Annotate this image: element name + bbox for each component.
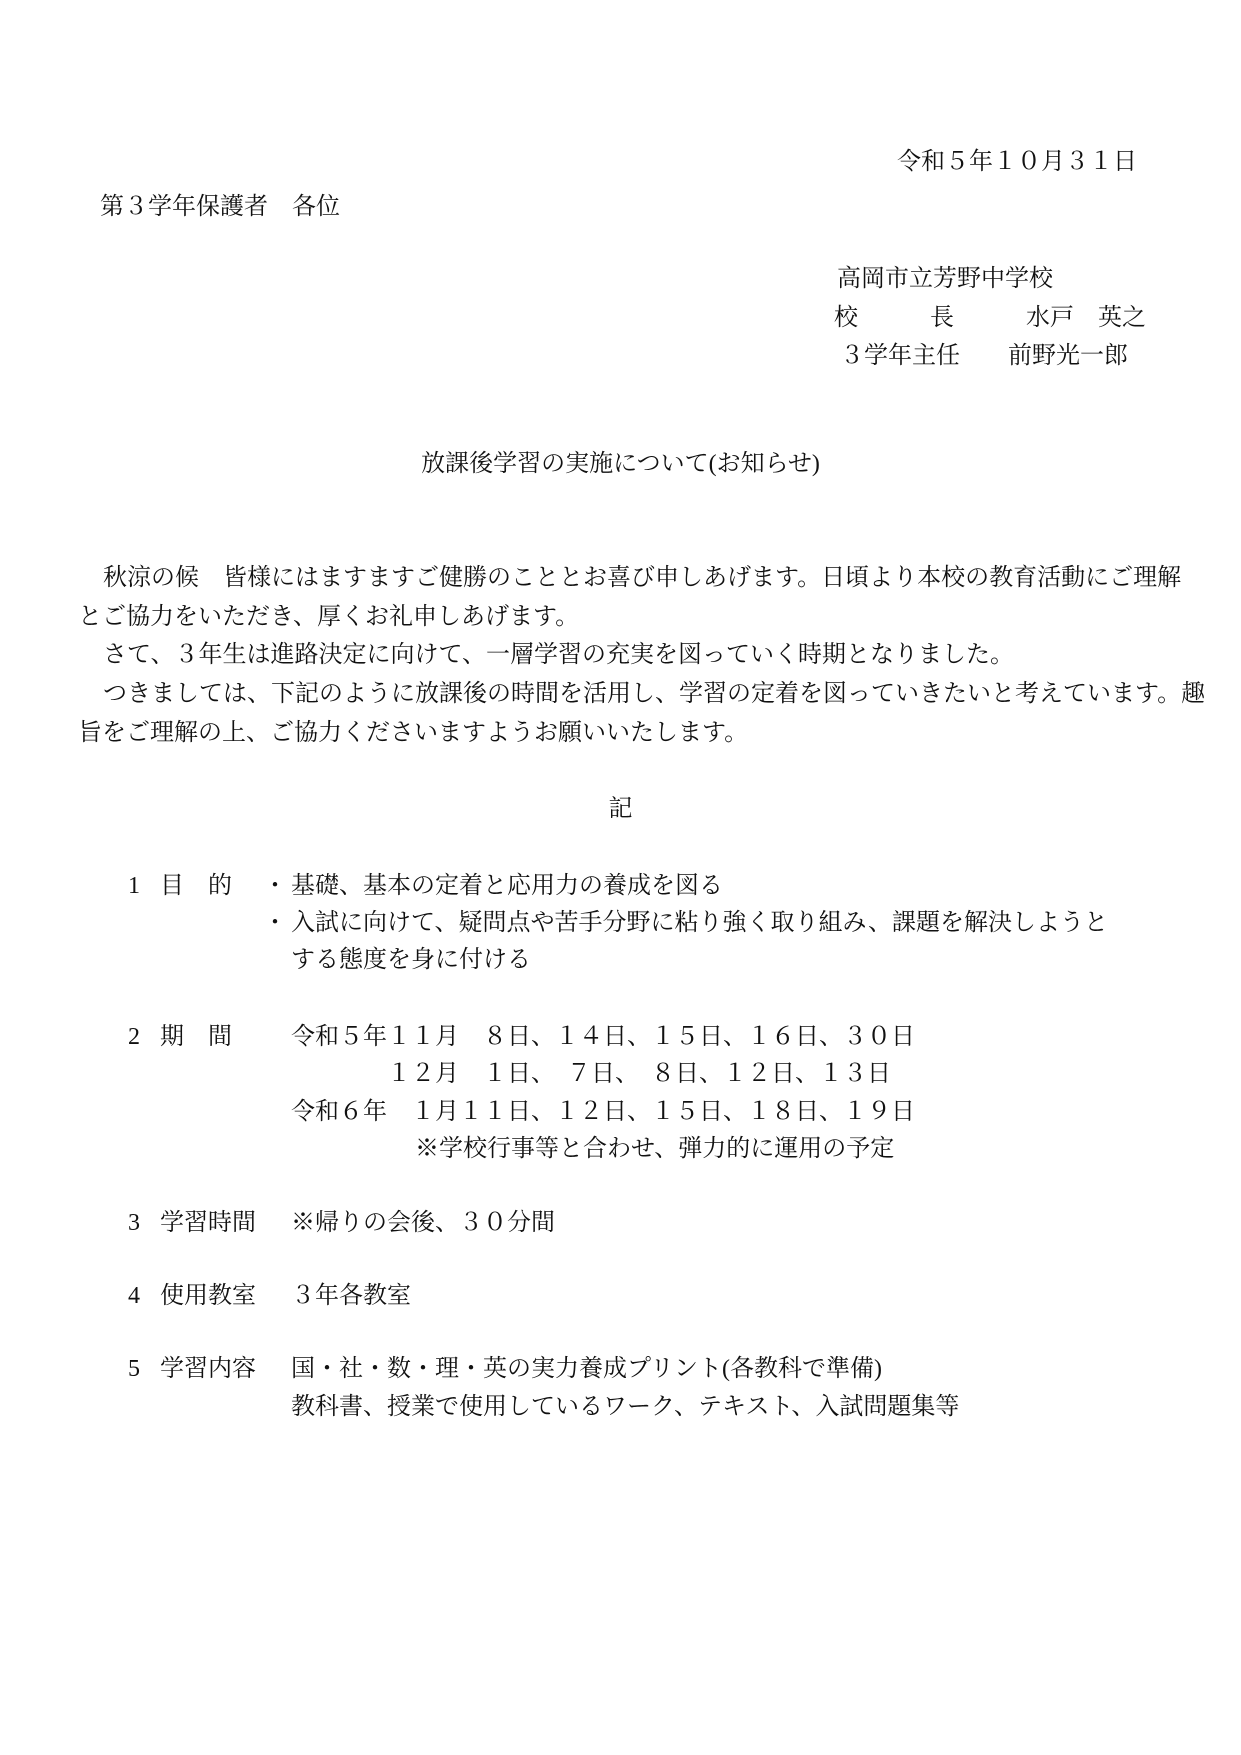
section-2-label: 期 間: [160, 1023, 232, 1051]
section-5-number: 5: [128, 1355, 140, 1383]
body-paragraph-3-line-1: つきましては、下記のように放課後の時間を活用し、学習の定着を図っていきたいと考え…: [103, 680, 1205, 708]
section-1-label: 目 的: [160, 872, 232, 900]
document-page: 令和５年１０月３１日 第３学年保護者 各位 高岡市立芳野中学校 校 長 水戸 英…: [0, 0, 1241, 1755]
body-paragraph-3-line-2: 旨をご理解の上、ご協力くださいますようお願いいたします。: [78, 719, 748, 747]
section-2-number: 2: [128, 1023, 140, 1051]
section-2-dates-line-3: 令和６年 １月１１日、１２日、１５日、１８日、１９日: [291, 1098, 915, 1126]
recipient-line: 第３学年保護者 各位: [100, 193, 340, 221]
document-title: 放課後学習の実施について(お知らせ): [0, 450, 1241, 478]
section-1-bullet-1-icon: ・: [263, 872, 287, 900]
ki-marker: 記: [0, 795, 1241, 823]
body-greeting-line-2: とご協力をいただき、厚くお礼申しあげます。: [78, 603, 579, 631]
section-1-item-2-continuation: する態度を身に付ける: [291, 946, 531, 974]
section-1-number: 1: [128, 872, 140, 900]
section-2-note: ※学校行事等と合わせ、弾力的に運用の予定: [415, 1135, 894, 1163]
section-5-label: 学習内容: [160, 1355, 256, 1383]
section-2-dates-line-2: １２月 １日、 ７日、 ８日、１２日、１３日: [387, 1060, 891, 1088]
section-3-number: 3: [128, 1209, 140, 1237]
section-3-label: 学習時間: [160, 1209, 256, 1237]
section-5-content-line-1: 国・社・数・理・英の実力養成プリント(各教科で準備): [291, 1355, 882, 1383]
section-1-item-2: 入試に向けて、疑問点や苦手分野に粘り強く取り組み、課題を解決しようと: [291, 909, 1108, 937]
sender-principal-line: 校 長 水戸 英之: [834, 304, 1146, 332]
section-1-bullet-2-icon: ・: [263, 909, 287, 937]
section-4-number: 4: [128, 1282, 140, 1310]
body-paragraph-2: さて、３年生は進路決定に向けて、一層学習の充実を図っていく時期となりました。: [103, 641, 1014, 669]
section-2-dates-line-1: 令和５年１１月 ８日、１４日、１５日、１６日、３０日: [291, 1023, 915, 1051]
body-greeting-line-1: 秋涼の候 皆様にはますますご健勝のこととお喜び申しあげます。日頃より本校の教育活…: [103, 564, 1181, 592]
section-3-content: ※帰りの会後、３０分間: [291, 1209, 555, 1237]
section-5-content-line-2: 教科書、授業で使用しているワーク、テキスト、入試問題集等: [291, 1393, 959, 1421]
section-1-item-1: 基礎、基本の定着と応用力の養成を図る: [291, 872, 723, 900]
document-date: 令和５年１０月３１日: [897, 148, 1137, 176]
sender-grade-lead-line: ３学年主任 前野光一郎: [840, 342, 1128, 370]
sender-school-name: 高岡市立芳野中学校: [837, 265, 1053, 293]
section-4-label: 使用教室: [160, 1282, 256, 1310]
section-4-content: ３年各教室: [291, 1282, 411, 1310]
